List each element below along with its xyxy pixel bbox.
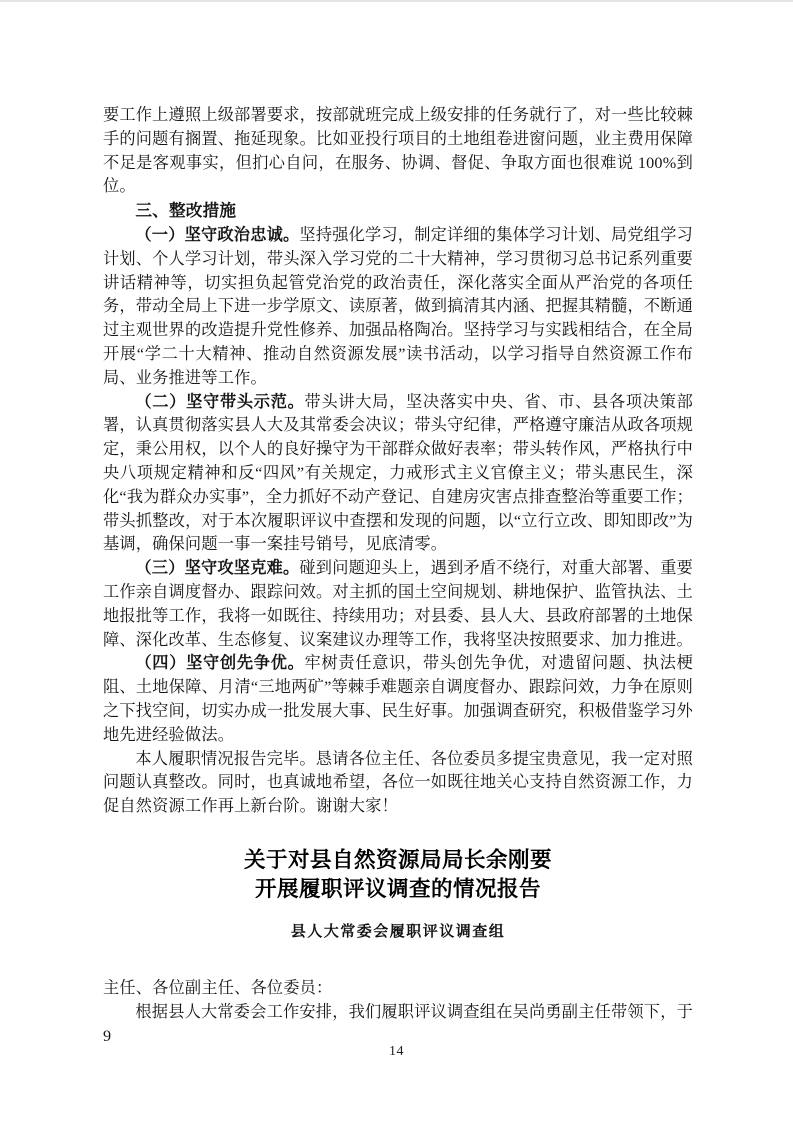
paragraph-lead: （一）坚守政治忠诚。 [135,226,299,244]
paragraph-item-3: （三）坚守攻坚克难。碰到问题迎头上，遇到矛盾不绕行，对重大部署、重要工作亲自调度… [103,557,693,652]
section-heading: 三、整改措施 [103,199,693,224]
report-body: 要工作上遵照上级部署要求，按部就班完成上级安排的任务就行了，对一些比较棘手的问题… [103,104,693,819]
paragraph-text: 带头讲大局，坚决落实中央、省、市、县各项决策部署，认真贯彻落实县人大及其常委会决… [103,393,693,554]
opening-line: 根据县人大常委会工作安排，我们履职评议调查组在吴尚勇副主任带领下，于 9 [103,1001,693,1049]
salutation-line: 主任、各位副主任、各位委员： [103,977,693,1001]
page-number: 14 [0,1044,793,1060]
paragraph-item-1: （一）坚守政治忠诚。坚持强化学习，制定详细的集体学习计划、局党组学习计划、个人学… [103,224,693,391]
next-report-body: 主任、各位副主任、各位委员： 根据县人大常委会工作安排，我们履职评议调查组在吴尚… [103,977,693,1048]
paragraph-lead: （三）坚守攻坚克难。 [135,559,299,577]
paragraph-continuation: 要工作上遵照上级部署要求，按部就班完成上级安排的任务就行了，对一些比较棘手的问题… [103,104,693,199]
paragraph-lead: （四）坚守创先争优。 [135,654,304,672]
paragraph-item-4: （四）坚守创先争优。牢树责任意识，带头创先争优，对遗留问题、执法梗阻、土地保障、… [103,652,693,747]
paragraph-text: 要工作上遵照上级部署要求，按部就班完成上级安排的任务就行了，对一些比较棘手的问题… [103,106,693,195]
paragraph-lead: （二）坚守带头示范。 [135,393,304,411]
paragraph-item-2: （二）坚守带头示范。带头讲大局，坚决落实中央、省、市、县各项决策部署，认真贯彻落… [103,391,693,558]
next-report-author: 县人大常委会履职评议调查组 [103,920,693,941]
section-heading-text: 三、整改措施 [135,201,236,220]
paragraph-text: 本人履职情况报告完毕。恳请各位主任、各位委员多提宝贵意见，我一定对照问题认真整改… [103,750,693,816]
paragraph-closing: 本人履职情况报告完毕。恳请各位主任、各位委员多提宝贵意见，我一定对照问题认真整改… [103,748,693,819]
paragraph-text: 坚持强化学习，制定详细的集体学习计划、局党组学习计划、个人学习计划，带头深入学习… [103,226,693,387]
next-report-title-line2: 开展履职评议调查的情况报告 [103,875,693,904]
next-report-title: 关于对县自然资源局局长余刚要 开展履职评议调查的情况报告 [103,846,693,904]
document-page: 要工作上遵照上级部署要求，按部就班完成上级安排的任务就行了，对一些比较棘手的问题… [0,0,793,1122]
next-report-title-line1: 关于对县自然资源局局长余刚要 [103,846,693,875]
